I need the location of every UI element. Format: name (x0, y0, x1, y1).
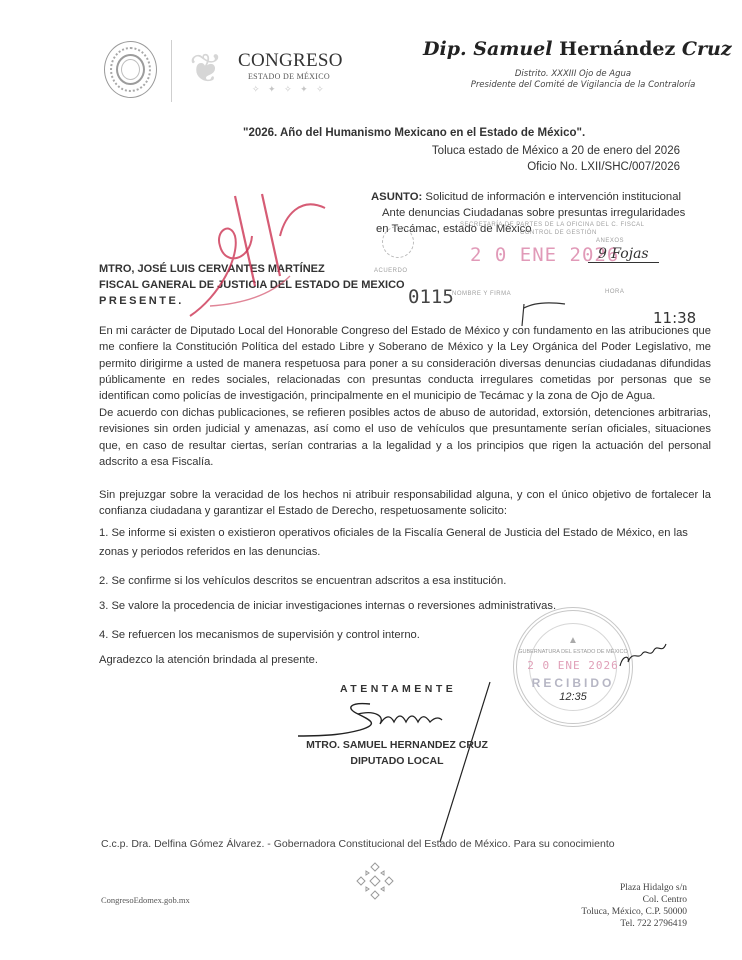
subject-block: ASUNTO: Solicitud de información e inter… (371, 189, 691, 237)
received-stamp: ▲ GUBERNATURA DEL ESTADO DE MÉXICO 2 0 E… (513, 607, 633, 727)
signatory-block: MTRO. SAMUEL HERNANDEZ CRUZ DIPUTADO LOC… (297, 737, 497, 769)
official-motto: "2026. Año del Humanismo Mexicano en el … (243, 127, 585, 139)
address-line: Plaza Hidalgo s/n (581, 882, 687, 894)
deputy-district: Distrito. XXXIII Ojo de Agua (423, 69, 723, 79)
institution-subtitle: ESTADO DE MÉXICO (248, 72, 330, 81)
address-block: Plaza Hidalgo s/n Col. Centro Toluca, Mé… (581, 882, 687, 930)
deputy-prefix: Dip. (423, 38, 467, 60)
subject-label: ASUNTO: (371, 191, 422, 203)
eagle-emblem-icon: ❦ (182, 40, 230, 98)
recipient-title: FISCAL GANERAL DE JUSTICIA DEL ESTADO DE… (99, 277, 405, 293)
website-link[interactable]: CongresoEdomex.gob.mx (101, 895, 190, 905)
received-stamp-time: 12:35 (517, 691, 629, 703)
received-stamp-org: GUBERNATURA DEL ESTADO DE MÉXICO (517, 649, 629, 655)
deputy-position: Presidente del Comité de Vigilancia de l… (443, 80, 723, 90)
deputy-name: Dip. Samuel Hernández Cruz (423, 38, 732, 60)
annex-label: ANEXOS (596, 238, 624, 244)
reception-stamp: SECRETARÍA DE PARTES DE LA OFICINA DEL C… (370, 226, 710, 326)
received-initials (618, 640, 668, 670)
request-item: 3. Se valore la procedencia de iniciar i… (99, 597, 711, 616)
office-number: Oficio No. LXII/SHC/007/2026 (527, 161, 680, 173)
closing-line: Agradezco la atención brindada al presen… (99, 654, 318, 666)
reception-stamp-date: 2 0 ENE 2026 (470, 244, 619, 266)
deputy-last-name: Hernández (559, 38, 675, 60)
received-stamp-label: RECIBIDO (517, 676, 629, 690)
signatory-title: DIPUTADO LOCAL (297, 753, 497, 769)
institution-name: CONGRESO (238, 50, 343, 72)
carbon-copy-line: C.c.p. Dra. Delfina Gómez Álvarez. - Gob… (101, 838, 615, 850)
hour-label: HORA (605, 289, 624, 295)
deputy-second-last-name: Cruz (682, 38, 732, 60)
subject-line: en Tecámac, estado de México (371, 221, 691, 237)
signature-salutation: ATENTAMENTE (340, 683, 456, 695)
recipient-name: MTRO, JOSÉ LUIS CERVANTES MARTÍNEZ (99, 261, 405, 277)
body-paragraph: De acuerdo con dichas publicaciones, se … (99, 405, 711, 470)
header-divider (171, 40, 172, 102)
address-line: Toluca, México, C.P. 50000 (581, 906, 687, 918)
institution-decoration: ✧ ✦ ✧ ✦ ✧ (252, 84, 327, 95)
subject-line: Solicitud de información e intervención … (425, 191, 681, 203)
body-paragraph: Sin prejuzgar sobre la veracidad de los … (99, 487, 711, 520)
place-date: Toluca estado de México a 20 de enero de… (432, 145, 680, 157)
annex-value: 9 Fojas (588, 246, 659, 263)
signatory-name: MTRO. SAMUEL HERNANDEZ CRUZ (297, 737, 497, 753)
folio-number: 0115 (408, 286, 454, 308)
received-stamp-date: 2 0 ENE 2026 (517, 659, 629, 672)
body-paragraph: En mi carácter de Diputado Local del Hon… (99, 323, 711, 404)
deputy-first-name: Samuel (473, 38, 552, 60)
congress-footer-logo-icon (355, 861, 395, 901)
request-item: 1. Se informe si existen o existieron op… (99, 524, 711, 562)
request-item: 2. Se confirme si los vehículos descrito… (99, 572, 711, 591)
recipient-salutation: PRESENTE. (99, 293, 405, 309)
recipient-block: MTRO, JOSÉ LUIS CERVANTES MARTÍNEZ FISCA… (99, 261, 405, 309)
state-seal-logo (104, 41, 157, 98)
subject-line: Ante denuncias Ciudadanas sobre presunta… (371, 205, 691, 221)
address-line: Col. Centro (581, 894, 687, 906)
name-signature-label: NOMBRE Y FIRMA (452, 291, 511, 297)
phone-line: Tel. 722 2796419 (581, 918, 687, 930)
